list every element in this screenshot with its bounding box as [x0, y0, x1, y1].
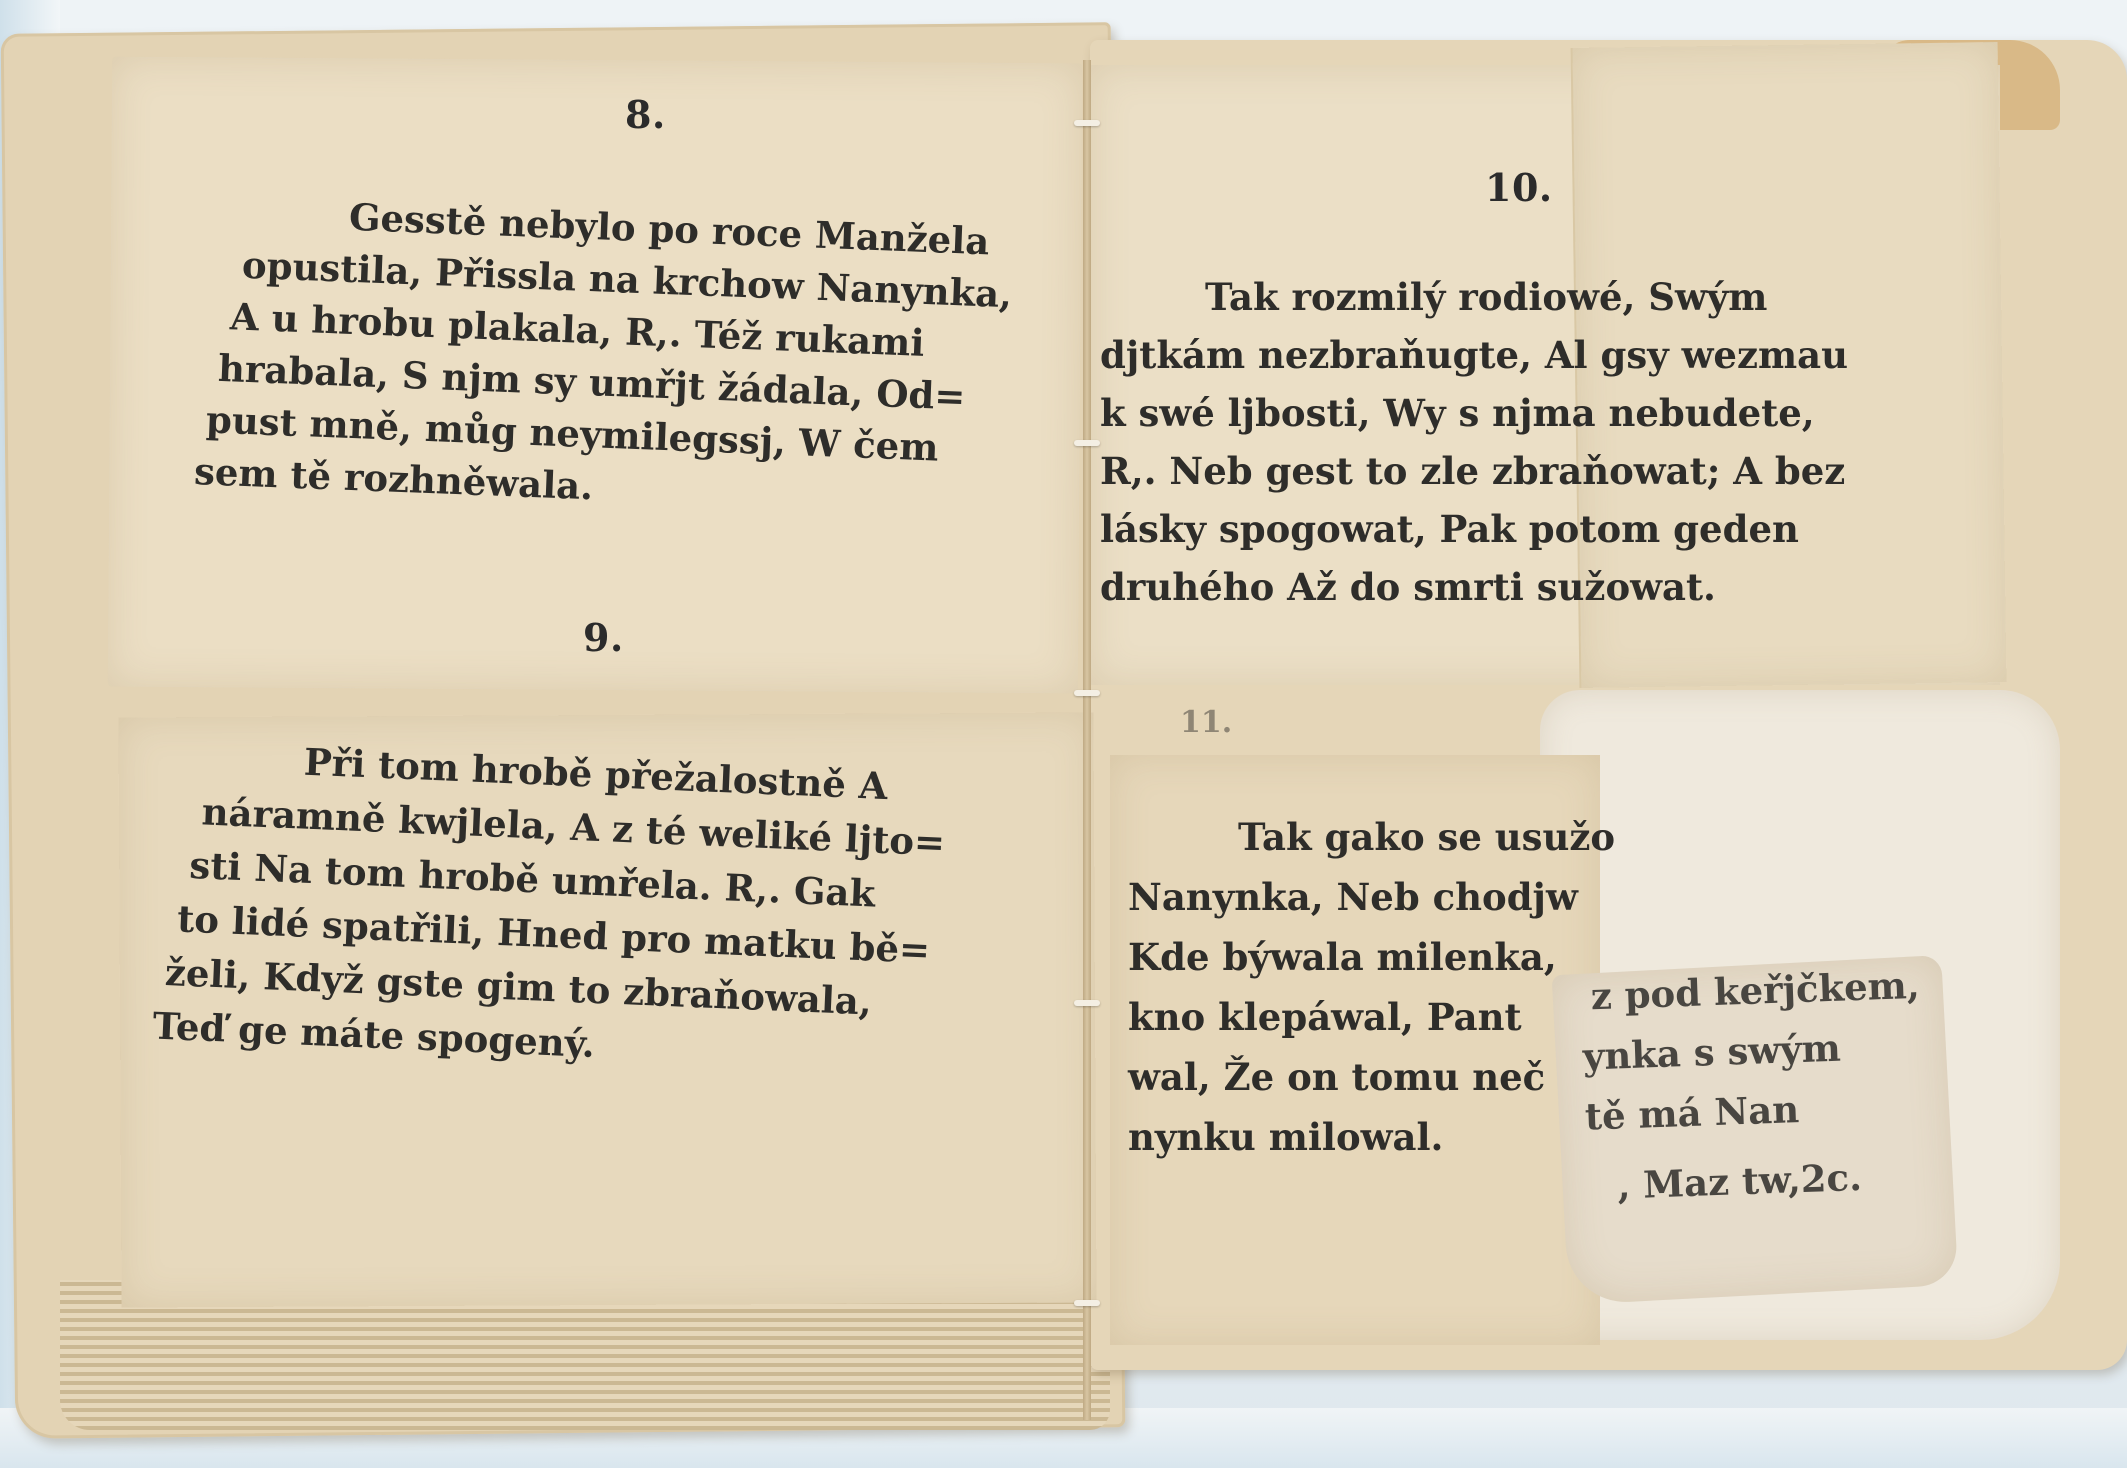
- section-number-9: 9.: [583, 615, 624, 660]
- book-spine: [1083, 60, 1091, 1420]
- text-line: djtkám nezbraňugte, Al gsy wezmau: [1100, 333, 1848, 377]
- text-line: lásky spogowat, Pak potom geden: [1100, 507, 1799, 551]
- section-number-10: 10.: [1485, 165, 1553, 210]
- text-line: Nanynka, Neb chodjw: [1128, 875, 1578, 919]
- text-line: nynku milowal.: [1128, 1115, 1443, 1159]
- text-line: , Maz tw,2c.: [1617, 1155, 1863, 1208]
- text-line: Tak gako se usužo: [1238, 815, 1615, 859]
- text-line: druhého Až do smrti sužowat.: [1100, 565, 1716, 609]
- text-line: ynka s swým: [1582, 1026, 1841, 1079]
- binding-stitch: [1074, 1300, 1100, 1306]
- section-number-8: 8.: [625, 92, 666, 137]
- section-number-11-torn: 11.: [1180, 705, 1232, 740]
- text-line: Tak rozmilý rodiowé, Swým: [1205, 275, 1767, 319]
- text-line: k swé ljbosti, Wy s njma nebudete,: [1100, 391, 1815, 435]
- binding-stitch: [1074, 1000, 1100, 1006]
- text-line: R,. Neb gest to zle zbraňowat; A bez: [1100, 449, 1845, 493]
- binding-stitch: [1074, 440, 1100, 446]
- open-booklet: 8. Gesstě nebylo po roce Manžela opustil…: [0, 0, 2127, 1468]
- text-line: kno klepáwal, Pant: [1128, 995, 1522, 1039]
- binding-stitch: [1074, 120, 1100, 126]
- binding-stitch: [1074, 690, 1100, 696]
- text-line: wal, Že on tomu neč: [1128, 1055, 1545, 1099]
- text-line: tě má Nan: [1584, 1087, 1800, 1138]
- text-line: Kde býwala milenka,: [1128, 935, 1557, 979]
